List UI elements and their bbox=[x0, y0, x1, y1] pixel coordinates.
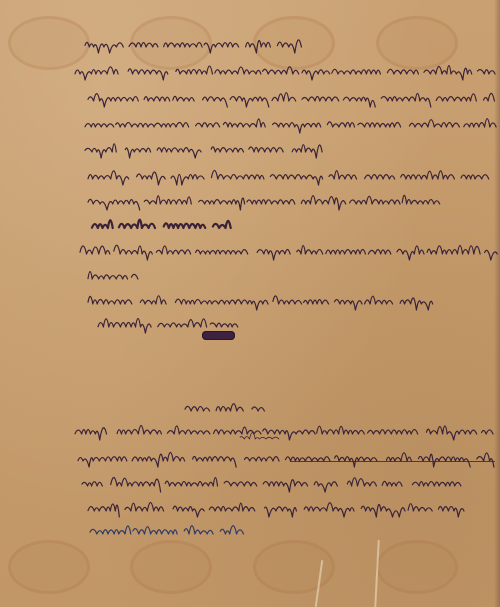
handwritten-line: [handwritten Georgian text] bbox=[88, 165, 493, 187]
handwritten-line: [handwritten Georgian signature line, bl… bbox=[90, 520, 245, 542]
scribbled-divider-mark bbox=[202, 331, 235, 340]
handwritten-line: „[handwritten Georgian text] bbox=[75, 60, 495, 82]
handwritten-line: [handwritten Georgian text, with a struc… bbox=[80, 240, 495, 262]
handwritten-line: [handwritten Georgian word, underlined/b… bbox=[92, 214, 232, 236]
handwritten-line: [handwritten Georgian text]. bbox=[88, 497, 468, 519]
handwritten-line: [handwritten Georgian word]. bbox=[88, 265, 138, 287]
paper-stamp-watermark bbox=[253, 540, 335, 594]
paper-stamp-watermark bbox=[130, 540, 212, 594]
paper-stamp-watermark bbox=[8, 540, 90, 594]
handwritten-line: [handwritten Georgian text]." bbox=[85, 138, 325, 160]
handwritten-line: [handwritten Georgian text] bbox=[88, 290, 433, 312]
paper-stamp-watermark bbox=[376, 540, 458, 594]
section-title: [handwritten Georgian title] bbox=[185, 397, 265, 419]
handwritten-line: [handwritten Georgian text] bbox=[85, 113, 495, 135]
handwritten-line: [handwritten Georgian text]) bbox=[82, 472, 462, 494]
handwritten-line: [handwritten Georgian heading line endin… bbox=[85, 33, 300, 55]
underline-mark bbox=[290, 461, 495, 462]
handwritten-line: [handwritten Georgian text] ([parentheti… bbox=[78, 447, 496, 469]
manuscript-page: [handwritten Georgian heading line endin… bbox=[0, 0, 500, 607]
handwritten-line: [handwritten Georgian text] bbox=[88, 190, 448, 212]
handwritten-line: [handwritten Georgian text, comma-separa… bbox=[88, 87, 498, 109]
